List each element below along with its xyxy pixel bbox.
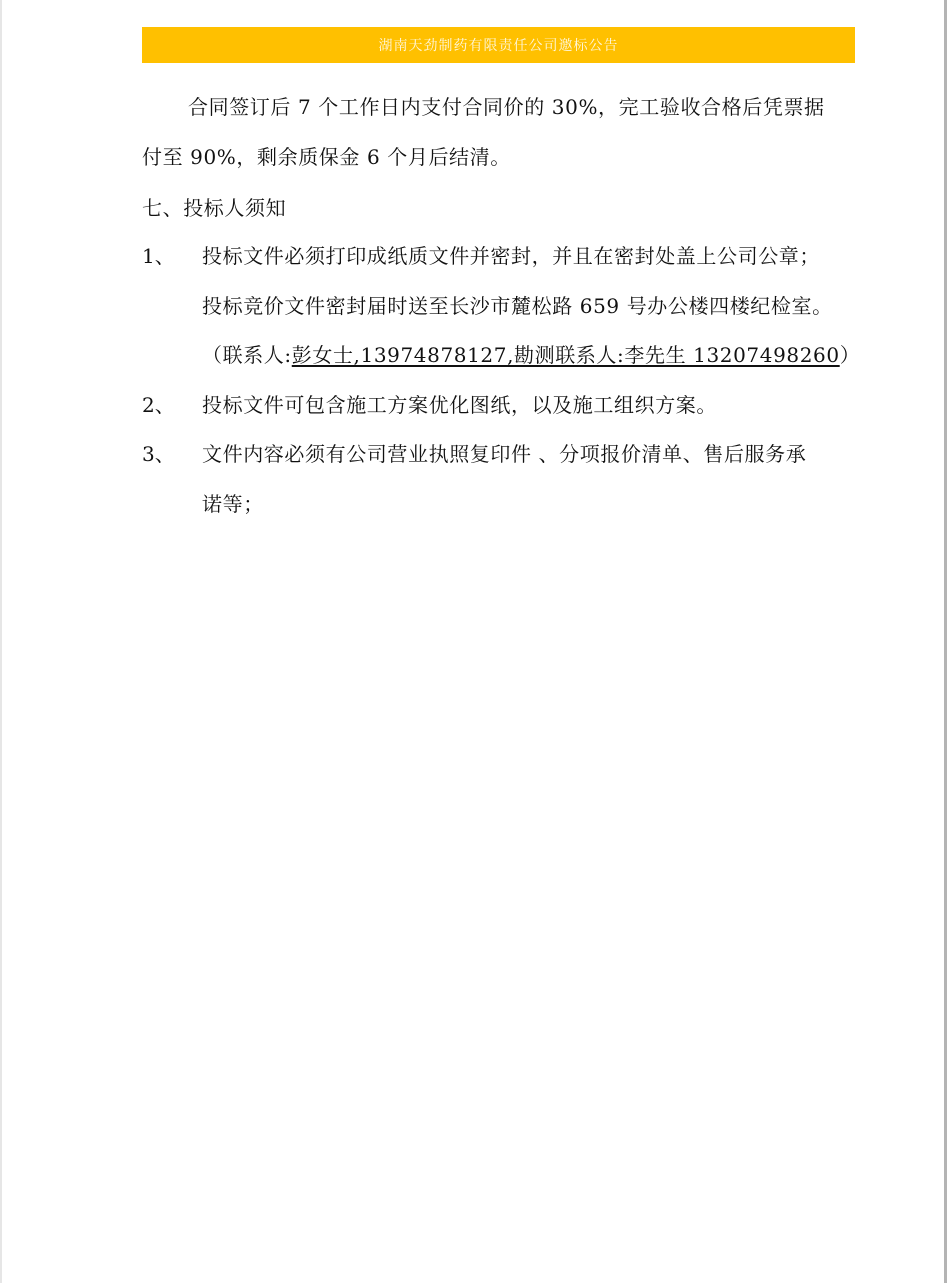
list-item-number: 1、 bbox=[142, 244, 175, 268]
list-item-number: 3、 bbox=[142, 442, 175, 466]
list-item-number: 2、 bbox=[142, 393, 175, 417]
list-item-2-line-1: 投标文件可包含施工方案优化图纸，以及施工组织方案。 bbox=[202, 393, 717, 417]
page-left-edge bbox=[0, 0, 2, 1283]
page-right-border bbox=[944, 0, 947, 1283]
contact-close: ） bbox=[840, 343, 861, 367]
list-item-1-line-2: 投标竞价文件密封届时送至长沙市麓松路 659 号办公楼四楼纪检室。 bbox=[202, 294, 833, 318]
contact-open: （联系人: bbox=[202, 343, 292, 367]
payment-line-1: 合同签订后 7 个工作日内支付合同价的 30%，完工验收合格后凭票据 bbox=[188, 95, 825, 119]
contact-details: 彭女士,13974878127,勘测联系人:李先生 13207498260 bbox=[292, 343, 840, 367]
document-page: 湖南天劲制药有限责任公司邀标公告 合同签订后 7 个工作日内支付合同价的 30%… bbox=[0, 0, 948, 1283]
header-title: 湖南天劲制药有限责任公司邀标公告 bbox=[379, 35, 619, 55]
list-item-1-line-1: 投标文件必须打印成纸质文件并密封，并且在密封处盖上公司公章； bbox=[202, 244, 820, 268]
header-band: 湖南天劲制药有限责任公司邀标公告 bbox=[142, 27, 855, 63]
contact-line: （联系人:彭女士,13974878127,勘测联系人:李先生 132074982… bbox=[202, 343, 860, 367]
list-item-3-line-1: 文件内容必须有公司营业执照复印件 、分项报价清单、售后服务承 bbox=[202, 442, 806, 466]
section-heading: 七、投标人须知 bbox=[142, 196, 286, 220]
payment-line-2: 付至 90%，剩余质保金 6 个月后结清。 bbox=[142, 145, 511, 169]
list-item-3-line-2: 诺等； bbox=[202, 492, 264, 516]
